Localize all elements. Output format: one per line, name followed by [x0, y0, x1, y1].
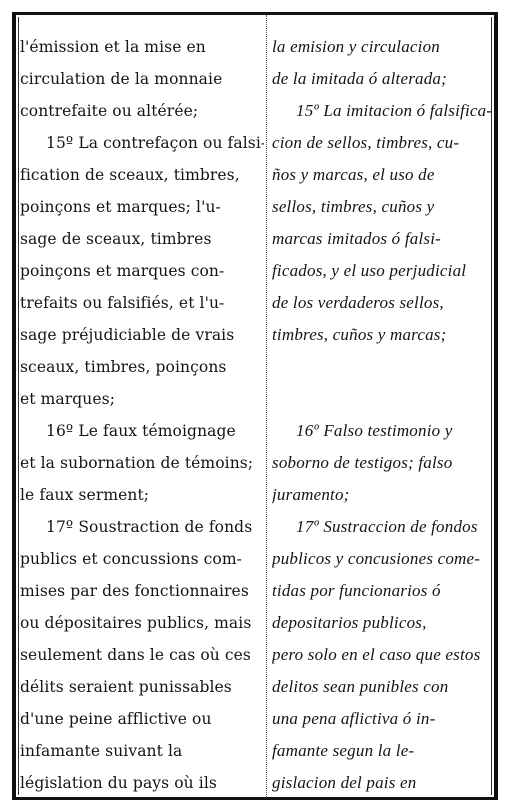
french-text-line: 15º La contrefaçon ou falsi- [20, 127, 264, 159]
spanish-text-line: publicos y concusiones come- [272, 543, 494, 575]
french-text-line: circulation de la monnaie [20, 63, 264, 95]
french-text-line: le faux serment; [20, 479, 264, 511]
spanish-text-line [272, 351, 494, 383]
french-text-line: sceaux, timbres, poinçons [20, 351, 264, 383]
french-text-line: infamante suivant la [20, 735, 264, 767]
spanish-column: la emision y circulacionde la imitada ó … [272, 31, 494, 789]
column-divider [266, 15, 267, 797]
spanish-text-line: tidas por funcionarios ó [272, 575, 494, 607]
spanish-text-line: sellos, timbres, cuños y [272, 191, 494, 223]
spanish-text-line: juramento; [272, 479, 494, 511]
french-text-line: trefaits ou falsifiés, et l'u- [20, 287, 264, 319]
french-text-line: poinçons et marques con- [20, 255, 264, 287]
french-text-line: l'émission et la mise en [20, 31, 264, 63]
spanish-text-line: ficados, y el uso perjudicial [272, 255, 494, 287]
spanish-text-line: marcas imitados ó falsi- [272, 223, 494, 255]
french-text-line: et marques; [20, 383, 264, 415]
french-column: l'émission et la mise encirculation de l… [20, 31, 264, 789]
spanish-text-line: 15º La imitacion ó falsifica- [272, 95, 494, 127]
spanish-text-line: 17º Sustraccion de fondos [272, 511, 494, 543]
spanish-text-line: gislacion del pais en [272, 767, 494, 799]
spanish-text-line: de la imitada ó alterada; [272, 63, 494, 95]
spanish-text-line: depositarios publicos, [272, 607, 494, 639]
spanish-text-line: 16º Falso testimonio y [272, 415, 494, 447]
spanish-text-line: pero solo en el caso que estos [272, 639, 494, 671]
french-text-line: fication de sceaux, timbres, [20, 159, 264, 191]
french-text-line: d'une peine afflictive ou [20, 703, 264, 735]
french-text-line: ou dépositaires publics, mais [20, 607, 264, 639]
french-text-line: législation du pays où ils [20, 767, 264, 799]
spanish-text-line: soborno de testigos; falso [272, 447, 494, 479]
page-frame: l'émission et la mise encirculation de l… [12, 12, 498, 800]
spanish-text-line: timbres, cuños y marcas; [272, 319, 494, 351]
spanish-text-line: ños y marcas, el uso de [272, 159, 494, 191]
french-text-line: et la subornation de témoins; [20, 447, 264, 479]
french-text-line: sage de sceaux, timbres [20, 223, 264, 255]
spanish-text-line: cion de sellos, timbres, cu- [272, 127, 494, 159]
spanish-text-line: la emision y circulacion [272, 31, 494, 63]
french-text-line: seulement dans le cas où ces [20, 639, 264, 671]
french-text-line: 16º Le faux témoignage [20, 415, 264, 447]
spanish-text-line: una pena aflictiva ó in- [272, 703, 494, 735]
french-text-line: poinçons et marques; l'u- [20, 191, 264, 223]
spanish-text-line: famante segun la le- [272, 735, 494, 767]
spanish-text-line: delitos sean punibles con [272, 671, 494, 703]
spanish-text-line [272, 383, 494, 415]
french-text-line: mises par des fonctionnaires [20, 575, 264, 607]
spanish-text-line: de los verdaderos sellos, [272, 287, 494, 319]
french-text-line: 17º Soustraction de fonds [20, 511, 264, 543]
french-text-line: contrefaite ou altérée; [20, 95, 264, 127]
french-text-line: sage préjudiciable de vrais [20, 319, 264, 351]
french-text-line: délits seraient punissables [20, 671, 264, 703]
french-text-line: publics et concussions com- [20, 543, 264, 575]
